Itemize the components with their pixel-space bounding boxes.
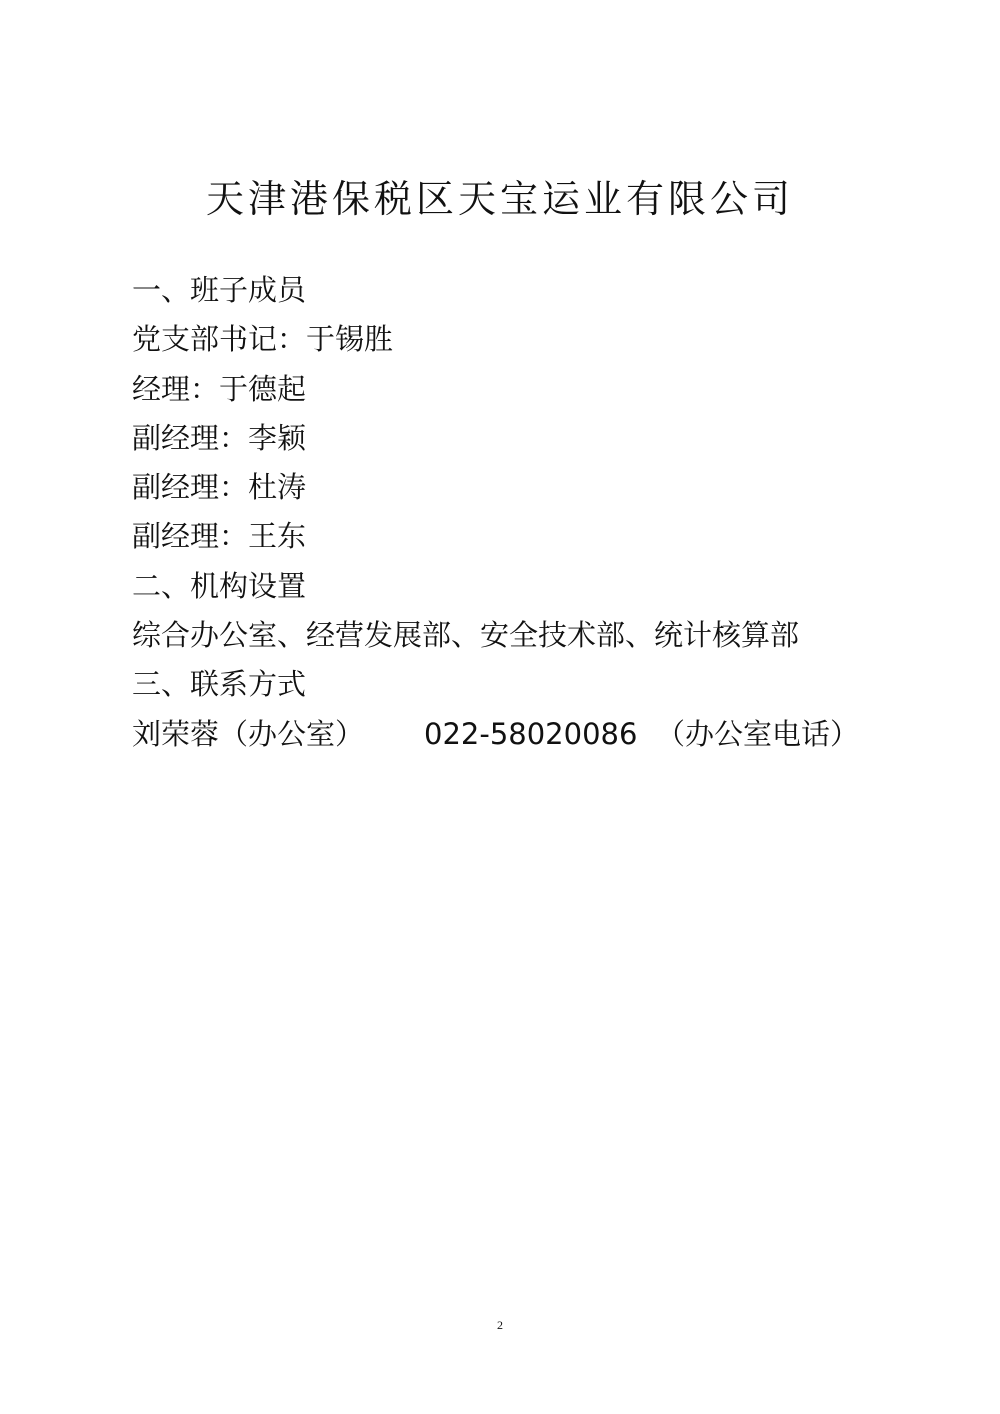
member-row: 副经理：李颖 xyxy=(132,414,859,463)
page-number: 2 xyxy=(0,1318,1000,1333)
departments-text: 综合办公室、经营发展部、安全技术部、统计核算部 xyxy=(132,611,859,660)
member-role: 经理： xyxy=(132,372,219,406)
member-role: 党支部书记： xyxy=(132,322,306,356)
document-body: 一、班子成员 党支部书记：于锡胜 经理：于德起 副经理：李颖 副经理：杜涛 副经… xyxy=(132,266,859,759)
member-name: 于锡胜 xyxy=(306,322,393,356)
member-row: 经理：于德起 xyxy=(132,365,859,414)
section-heading-organization: 二、机构设置 xyxy=(132,562,859,611)
member-row: 副经理：王东 xyxy=(132,512,859,561)
section-heading-leadership: 一、班子成员 xyxy=(132,266,859,315)
member-name: 于德起 xyxy=(219,372,306,406)
member-row: 党支部书记：于锡胜 xyxy=(132,315,859,364)
member-role: 副经理： xyxy=(132,470,248,504)
document-title: 天津港保税区天宝运业有限公司 xyxy=(0,174,1000,224)
member-name: 王东 xyxy=(248,519,306,553)
contact-name: 刘荣蓉（办公室） xyxy=(132,710,424,759)
contact-note: （办公室电话） xyxy=(656,710,859,759)
contact-row: 刘荣蓉（办公室）022-58020086（办公室电话） xyxy=(132,710,859,759)
section-heading-contact: 三、联系方式 xyxy=(132,660,859,709)
member-name: 杜涛 xyxy=(248,470,306,504)
contact-phone: 022-58020086 xyxy=(424,710,656,759)
member-role: 副经理： xyxy=(132,421,248,455)
member-name: 李颖 xyxy=(248,421,306,455)
member-role: 副经理： xyxy=(132,519,248,553)
member-row: 副经理：杜涛 xyxy=(132,463,859,512)
